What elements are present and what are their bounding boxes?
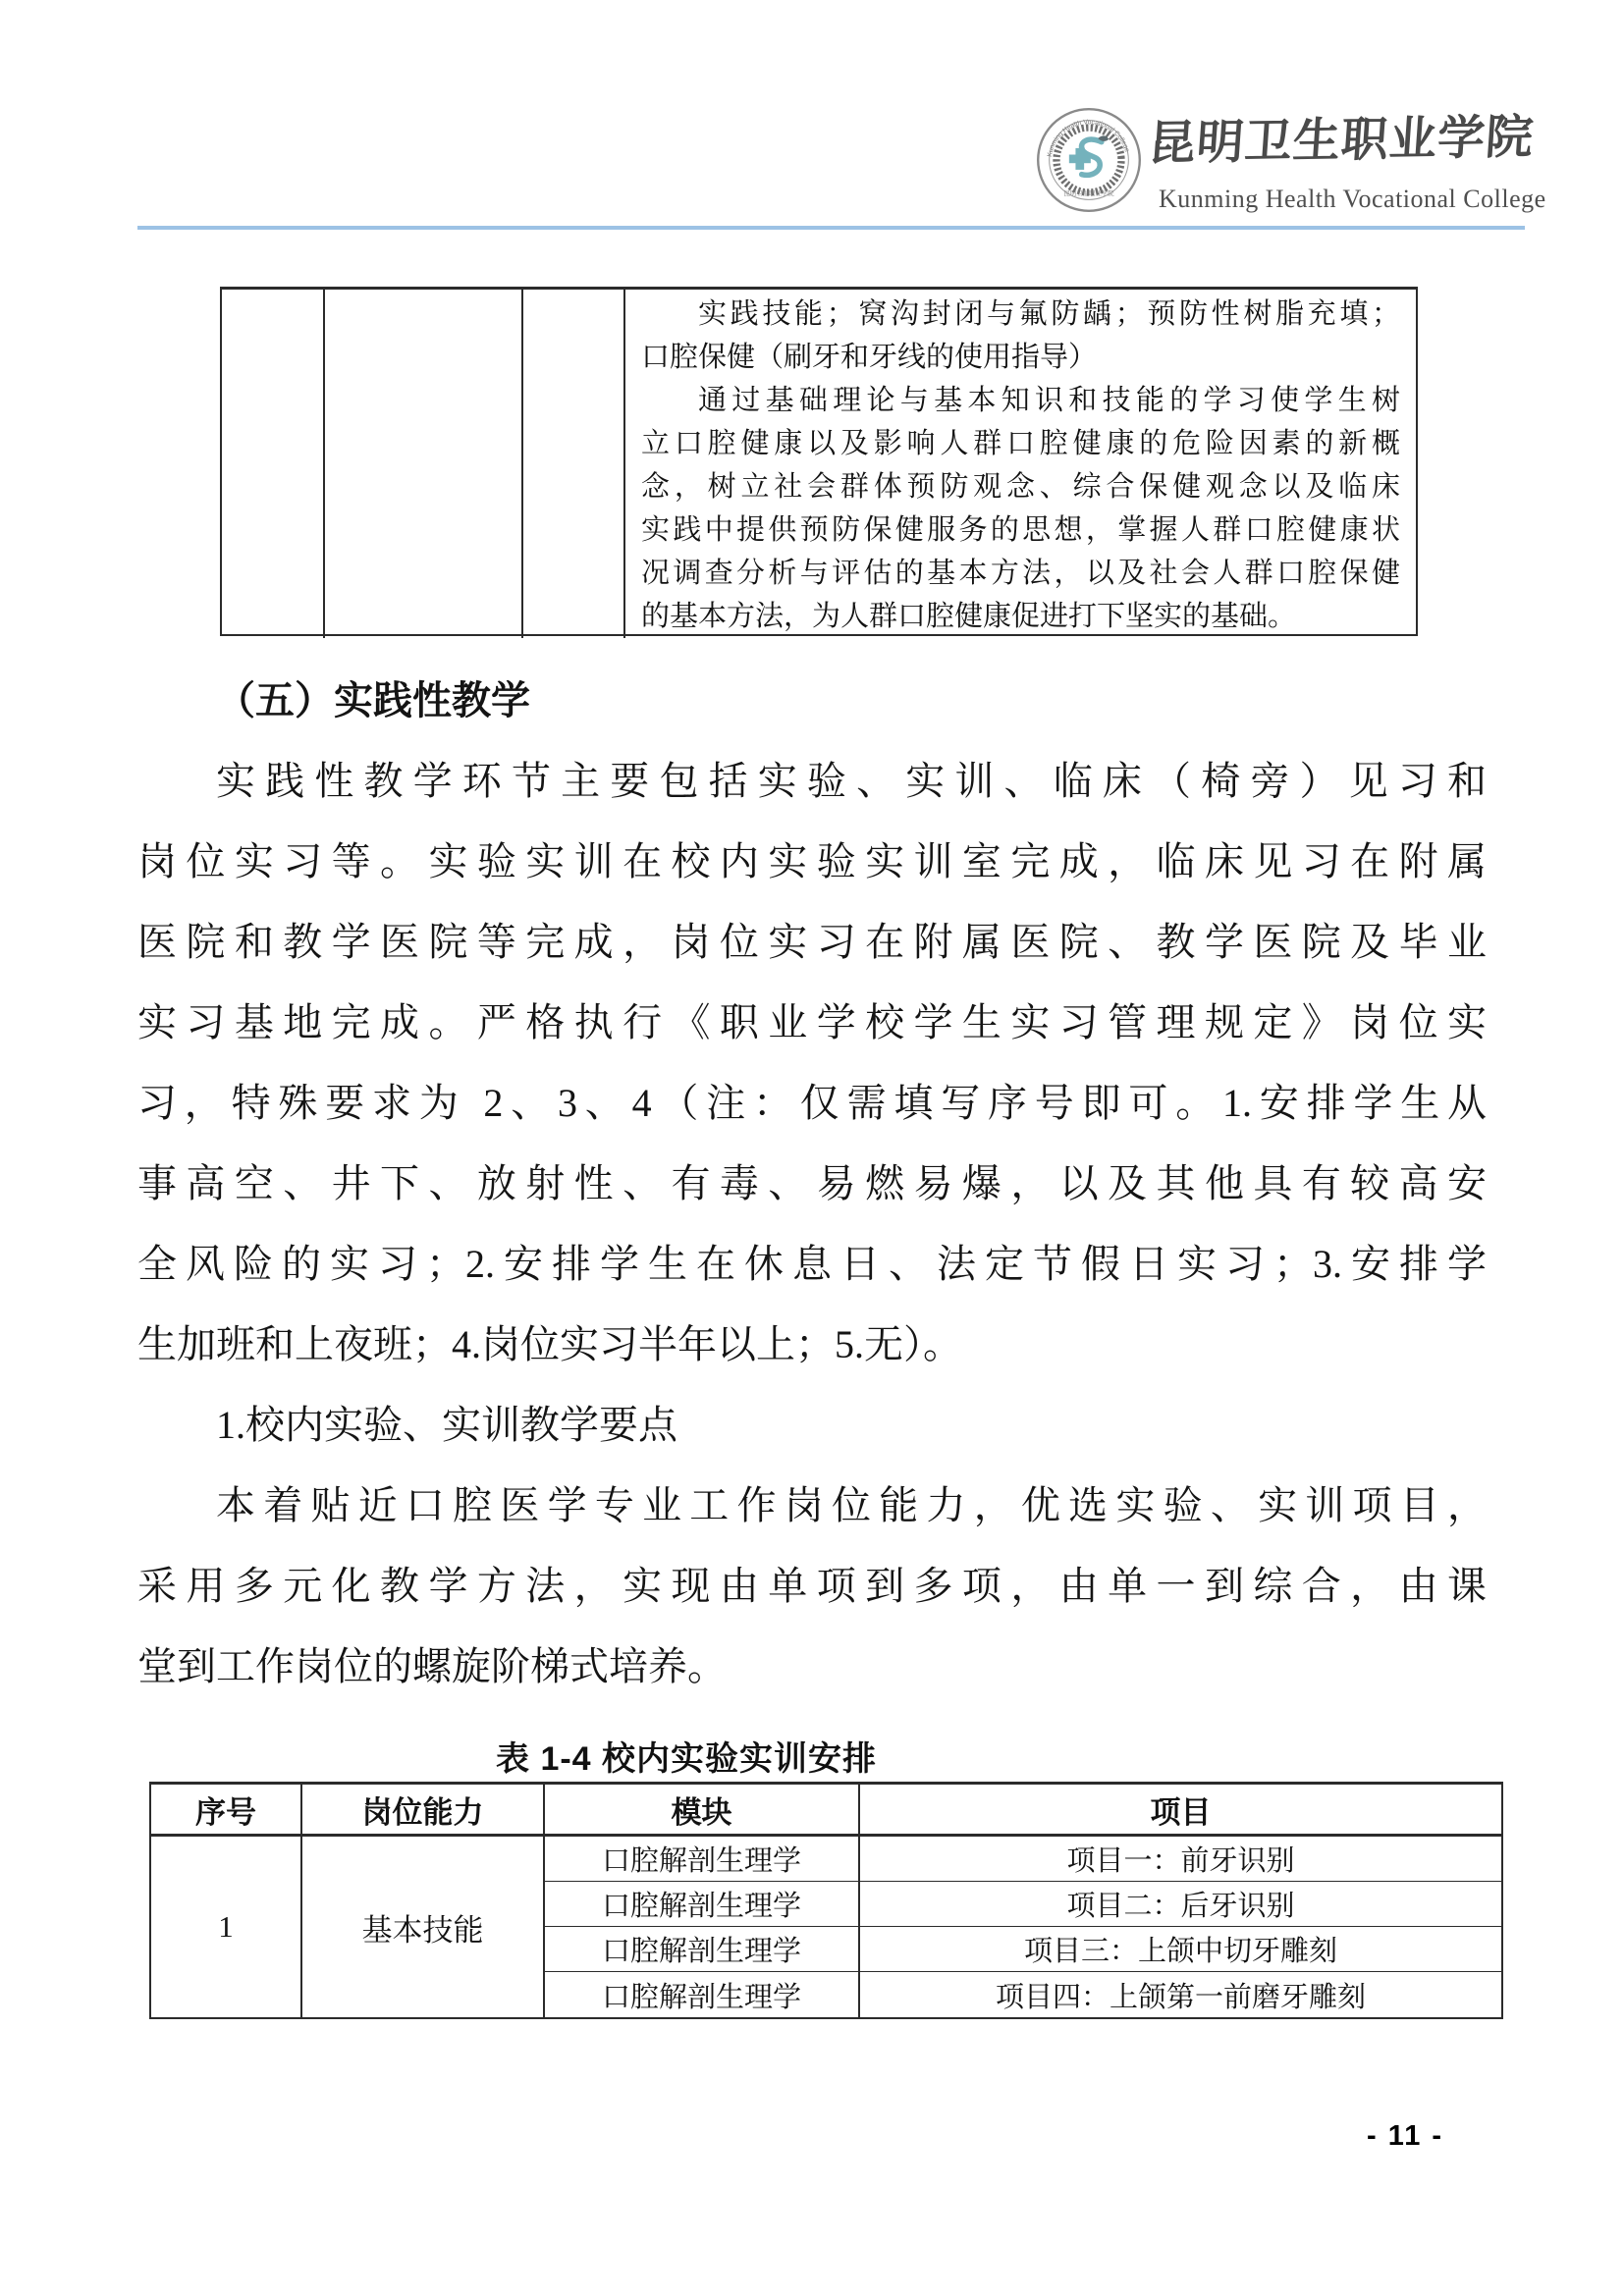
table-empty-cell [523,290,625,638]
table-text-line: 口腔保健（刷牙和牙线的使用指导） [641,336,1400,379]
table-text-line: 念，树立社会群体预防观念、综合保健观念以及临床 [641,465,1400,508]
table-text-line: 实践中提供预防保健服务的思想，掌握人群口腔健康状 [641,508,1400,552]
table-text-line: 的基本方法，为人群口腔健康促进打下坚实的基础。 [641,595,1400,638]
column-header-module: 模块 [545,1785,860,1837]
body-text-line: 堂到工作岗位的螺旋阶梯式培养。 [137,1627,1487,1707]
module-cell: 口腔解剖生理学 [545,1972,860,2017]
module-cell: 口腔解剖生理学 [545,1837,860,1882]
table-empty-cell [325,290,523,638]
course-table-fragment: 实践技能；窝沟封闭与氟防龋；预防性树脂充填； 口腔保健（刷牙和牙线的使用指导） … [220,287,1418,636]
college-name-en: Kunming Health Vocational College [1159,185,1532,214]
ability-cell: 基本技能 [302,1837,545,2017]
column-header-serial: 序号 [151,1785,302,1837]
body-text-line: 生加班和上夜班；4.岗位实习半年以上；5.无）。 [137,1305,1487,1385]
body-text-line: 医院和教学医院等完成，岗位实习在附属医院、教学医院及毕业 [137,902,1487,983]
table-text-line: 况调查分析与评估的基本方法，以及社会人群口腔保健 [641,552,1400,595]
document-page: Kunming Health Vocational College 昆明卫生职业… [0,0,1624,2296]
module-cell: 口腔解剖生理学 [545,1882,860,1927]
project-cell: 项目一：前牙识别 [860,1837,1501,1882]
college-seal-icon: Kunming Health Vocational College 昆明卫生职业… [1035,106,1143,214]
body-text-line: （五）实践性教学 [137,661,1487,741]
table-1-4-caption: 表 1-4 校内实验实训安排 [496,1732,877,1780]
svg-text:昆明卫生职业学院: 昆明卫生职业学院 [1063,188,1114,197]
project-cell: 项目二：后牙识别 [860,1882,1501,1927]
body-text-line: 1.校内实验、实训教学要点 [137,1385,1487,1466]
table-text-line: 实践技能；窝沟封闭与氟防龋；预防性树脂充填； [641,293,1400,336]
body-text-line: 实践性教学环节主要包括实验、实训、临床（椅旁）见习和 [137,741,1487,822]
column-header-ability: 岗位能力 [302,1785,545,1837]
table-empty-cell [222,290,325,638]
table-1-4: 序号 岗位能力 模块 项目 1 基本技能 口腔解剖生理学 项目一：前牙识别 口腔… [149,1782,1503,2019]
serial-cell: 1 [151,1837,302,2017]
college-name-zh: 昆明卫生职业学院 [1146,99,1537,181]
body-text-line: 采用多元化教学方法，实现由单项到多项，由单一到综合，由课 [137,1546,1487,1627]
column-header-project: 项目 [860,1785,1501,1837]
table-text-line: 立口腔健康以及影响人群口腔健康的危险因素的新概 [641,422,1400,465]
table-text-line: 通过基础理论与基本知识和技能的学习使学生树 [641,379,1400,422]
body-text-line: 习，特殊要求为 2、3、4（注：仅需填写序号即可。1.安排学生从 [137,1063,1487,1144]
project-cell: 项目四：上颌第一前磨牙雕刻 [860,1972,1501,2017]
body-text-line: 事高空、井下、放射性、有毒、易燃易爆，以及其他具有较高安 [137,1144,1487,1224]
body-text-line: 本着贴近口腔医学专业工作岗位能力，优选实验、实训项目， [137,1466,1487,1546]
body-text-line: 岗位实习等。实验实训在校内实验实训室完成，临床见习在附属 [137,822,1487,902]
table-content-cell: 实践技能；窝沟封闭与氟防龋；预防性树脂充填； 口腔保健（刷牙和牙线的使用指导） … [625,290,1416,638]
body-text-line: 全风险的实习；2.安排学生在休息日、法定节假日实习；3.安排学 [137,1224,1487,1305]
project-cell: 项目三：上颌中切牙雕刻 [860,1927,1501,1972]
header-divider [137,226,1525,230]
body-text: （五）实践性教学 实践性教学环节主要包括实验、实训、临床（椅旁）见习和 岗位实习… [137,661,1487,1707]
body-text-line: 实习基地完成。严格执行《职业学校学生实习管理规定》岗位实 [137,983,1487,1063]
module-cell: 口腔解剖生理学 [545,1927,860,1972]
page-number: - 11 - [1367,2120,1443,2153]
